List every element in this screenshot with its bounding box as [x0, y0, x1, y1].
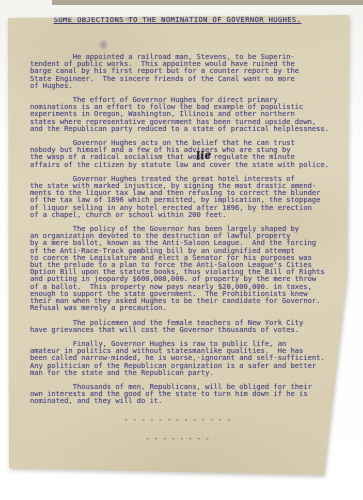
handwritten-correction: lie [195, 148, 212, 163]
paragraph: The policy of the Governor has been larg… [30, 225, 349, 311]
scanned-document-view: SOME OBJECTIONS TO THE NOMINATION OF GOV… [0, 0, 363, 500]
paragraph: He appointed a railroad man, Stevens, to… [30, 53, 349, 89]
paragraph: Governor Hughes treated the great hotel … [30, 175, 349, 218]
paragraph: Finally, Governor Hughes is raw to publi… [30, 340, 349, 376]
paragraph: Governor Hughes acts on the belief that … [30, 139, 349, 168]
document-body: He appointed a railroad man, Stevens, to… [6, 53, 349, 405]
typewritten-page: SOME OBJECTIONS TO THE NOMINATION OF GOV… [6, 15, 349, 479]
dash-separator-long: - - - - - - - - - - - - - [6, 415, 349, 424]
paper-shadow-wrapper: SOME OBJECTIONS TO THE NOMINATION OF GOV… [6, 0, 349, 464]
paragraph: Thousands of men, Republicans, will be o… [30, 383, 349, 405]
document-title: SOME OBJECTIONS TO THE NOMINATION OF GOV… [6, 15, 349, 24]
paragraph: The policemen and the female teachers of… [30, 319, 349, 333]
paragraph: The effort of Governor Hughes for direct… [30, 96, 349, 132]
paper-stain [126, 17, 131, 21]
dash-separator-short: - - - - - - - - [6, 434, 349, 443]
ink-smudge [100, 41, 107, 49]
